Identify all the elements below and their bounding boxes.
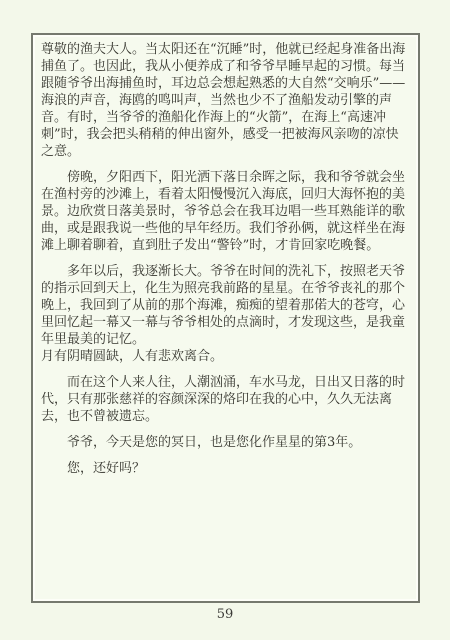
paragraph: 爷爷，今天是您的冥日，也是您化作星星的第3年。 [41,434,407,451]
document-page: 尊敬的渔夫大人。当太阳还在“沉睡”时，他就已经起身准备出海捕鱼了。也因此，我从小… [0,0,450,640]
paragraph: 月有阴晴圆缺，人有悲欢离合。 [41,348,407,365]
paragraph: 傍晚，夕阳西下，阳光洒下落日余晖之际，我和爷爷就会坐在渔村旁的沙滩上，看着太阳慢… [41,169,407,254]
page-number: 59 [0,607,450,622]
paragraph: 多年以后，我逐渐长大。爷爷在时间的洗礼下，按照老天爷的指示回到天上，化生为照亮我… [41,263,407,348]
paragraph: 尊敬的渔夫大人。当太阳还在“沉睡”时，他就已经起身准备出海捕鱼了。也因此，我从小… [41,41,407,160]
text-area: 尊敬的渔夫大人。当太阳还在“沉睡”时，他就已经起身准备出海捕鱼了。也因此，我从小… [33,35,418,601]
page-frame: 尊敬的渔夫大人。当太阳还在“沉睡”时，他就已经起身准备出海捕鱼了。也因此，我从小… [31,33,420,603]
paragraph: 而在这个人来人往，人潮汹涌，车水马龙，日出又日落的时代，只有那张慈祥的容颜深深的… [41,374,407,425]
paragraph: 您，还好吗？ [41,460,407,477]
